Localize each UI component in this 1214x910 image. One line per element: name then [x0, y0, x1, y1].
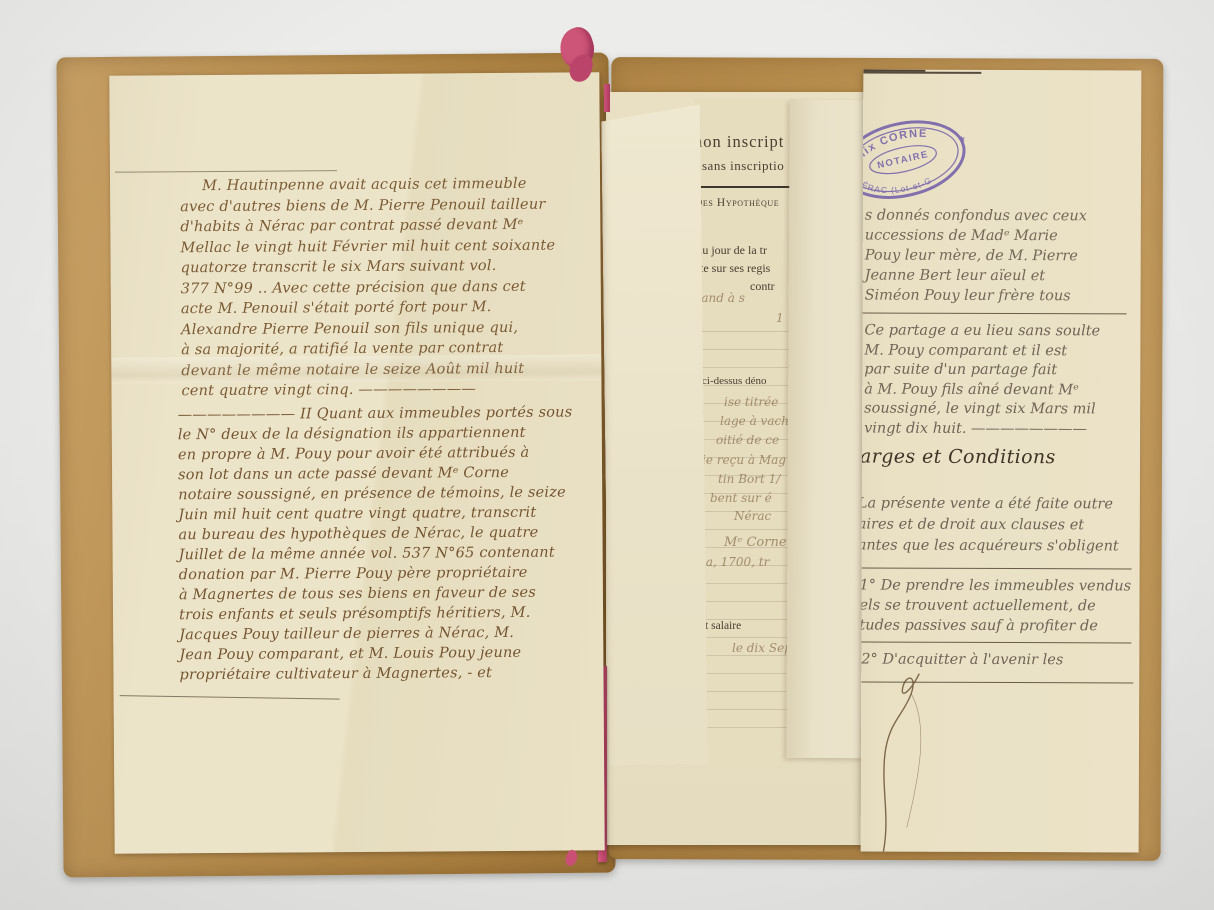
separator-rule: [863, 313, 1127, 315]
handwritten-line: devant le même notaire le seize Août mil…: [181, 358, 604, 382]
photo-background: non inscriptsans inscriptioDes Hypothèqu…: [0, 0, 1214, 910]
charges-conditions-heading: arges et Conditions: [861, 446, 1056, 469]
short-rule: [863, 72, 981, 74]
printed-divider-rule: [692, 186, 796, 188]
handwritten-line: ie reçu à Mag: [702, 453, 786, 467]
ink-rule-bottom: [120, 695, 340, 699]
handwritten-line: 1: [776, 311, 784, 325]
handwritten-line: oitié de ce: [716, 433, 779, 447]
handwritten-line: aires et de droit aux clauses et: [861, 515, 1142, 537]
stamp-star-icon: ★: [957, 134, 967, 146]
handwritten-line: ci-dessus déno: [702, 375, 766, 387]
handwritten-line: lage à vach: [720, 414, 789, 428]
separator-rule: [861, 642, 1131, 644]
handwritten-line: vingt dix huit. ————————: [864, 419, 1141, 440]
handwritten-line: M. Hautinpenne avait acquis cet immeuble: [202, 173, 605, 196]
handwritten-line: soussigné, le vingt six Mars mil: [864, 400, 1141, 421]
handwritten-line: uccessions de Madᵉ Marie: [865, 226, 1142, 247]
handwritten-line: 377 N°99 .. Avec cette précision que dan…: [181, 276, 605, 300]
handwritten-line: Nérac: [734, 509, 771, 523]
handwritten-line: à M. Pouy fils aîné devant Mᵉ: [864, 380, 1141, 401]
pink-ribbon-tassel: [556, 26, 598, 84]
handwritten-line: acte M. Penouil s'était porté fort pour …: [181, 296, 605, 320]
handwritten-line: Mellac le vingt huit Février mil huit ce…: [180, 235, 604, 259]
handwritten-line: s donnés confondus avec ceux: [865, 206, 1142, 227]
handwritten-line: quatorze transcrit le six Mars suivant v…: [181, 255, 605, 279]
handwritten-line: Ce partage a eu lieu sans soulte: [864, 322, 1141, 343]
pink-ribbon-spine-top: [604, 84, 610, 112]
handwritten-line: ———————— II Quant aux immeubles portés s…: [178, 402, 605, 425]
handwritten-line: La présente vente a été faite outre: [861, 494, 1142, 516]
handwritten-line: els se trouvent actuellement, de: [861, 596, 1142, 617]
right-page-clause-1: 1° De prendre les immeubles vendusels se…: [861, 576, 1142, 637]
ink-rule-top: [115, 170, 337, 173]
handwritten-line: Mᵉ Corne: [724, 535, 787, 550]
right-page-block-1: s donnés confondus avec ceuxuccessions d…: [865, 206, 1142, 307]
handwritten-line: notaire soussigné, en présence de témoin…: [178, 482, 605, 505]
folded-blank-strip-right: [786, 100, 869, 758]
handwritten-line: d'habits à Nérac par contrat passé devan…: [180, 214, 604, 238]
handwritten-line: 1° De prendre les immeubles vendus: [861, 576, 1142, 597]
handwritten-line: non inscript: [694, 132, 784, 152]
handwritten-line: antes que les acquéreurs s'obligent: [861, 536, 1142, 558]
left-page-paragraph-2: ———————— II Quant aux immeubles portés s…: [178, 402, 605, 685]
handwritten-line: M. Pouy comparant et il est: [864, 341, 1141, 362]
handwritten-line: iste sur ses regis: [692, 261, 770, 276]
handwritten-line: contr: [750, 279, 775, 294]
handwritten-line: Siméon Pouy leur frère tous: [865, 286, 1142, 307]
handwritten-line: Jeanne Bert leur aïeul et: [865, 266, 1142, 287]
pen-flourish: [861, 668, 992, 853]
printed-certificate-fragment: non inscriptsans inscriptioDes Hypothèqu…: [694, 98, 794, 764]
handwritten-line: Des Hypothèque: [694, 197, 779, 209]
left-page: M. Hautinpenne avait acquis cet immeuble…: [109, 72, 604, 853]
handwritten-line: à sa majorité, a ratifié la vente par co…: [181, 337, 605, 361]
handwritten-line: tudes passives sauf à profiter de: [861, 616, 1142, 637]
right-page-block-3: La présente vente a été faite outreaires…: [861, 494, 1142, 558]
handwritten-line: Pouy leur mère, de M. Pierre: [865, 246, 1142, 267]
handwritten-line: la, 1700, tr: [702, 555, 769, 569]
handwritten-line: propriétaire cultivateur à Magnertes, - …: [179, 662, 604, 685]
handwritten-line: avec d'autres biens de M. Pierre Penouil…: [180, 194, 605, 218]
handwritten-line: sans inscriptio: [702, 158, 784, 174]
handwritten-line: bent sur é: [710, 491, 772, 505]
handwritten-line: tin Bort 1/: [718, 472, 780, 486]
handwritten-line: Juillet de la même année vol. 537 N°65 c…: [179, 542, 605, 565]
stamp-center-text: NOTAIRE: [876, 149, 930, 171]
handwritten-line: au jour de la tr: [697, 243, 767, 258]
handwritten-line: cent quatre vingt cinq. ————————: [181, 378, 604, 402]
folded-blank-strip-left: [601, 104, 708, 765]
handwritten-line: ise titrée: [724, 395, 778, 409]
handwritten-line: le dix Sep: [732, 641, 792, 655]
right-page: Félix CORNE ÉRAC (Lot-et-G NOTAIRE ★ s d…: [861, 70, 1142, 853]
handwritten-line: par suite d'un partage fait: [864, 361, 1141, 382]
handwritten-line: Alexandre Pierre Penouil son fils unique…: [181, 317, 605, 341]
separator-rule: [862, 568, 1132, 570]
right-page-block-2: Ce partage a eu lieu sans soulteM. Pouy …: [864, 322, 1141, 440]
left-page-paragraph-1: M. Hautinpenne avait acquis cet immeuble…: [180, 173, 605, 401]
